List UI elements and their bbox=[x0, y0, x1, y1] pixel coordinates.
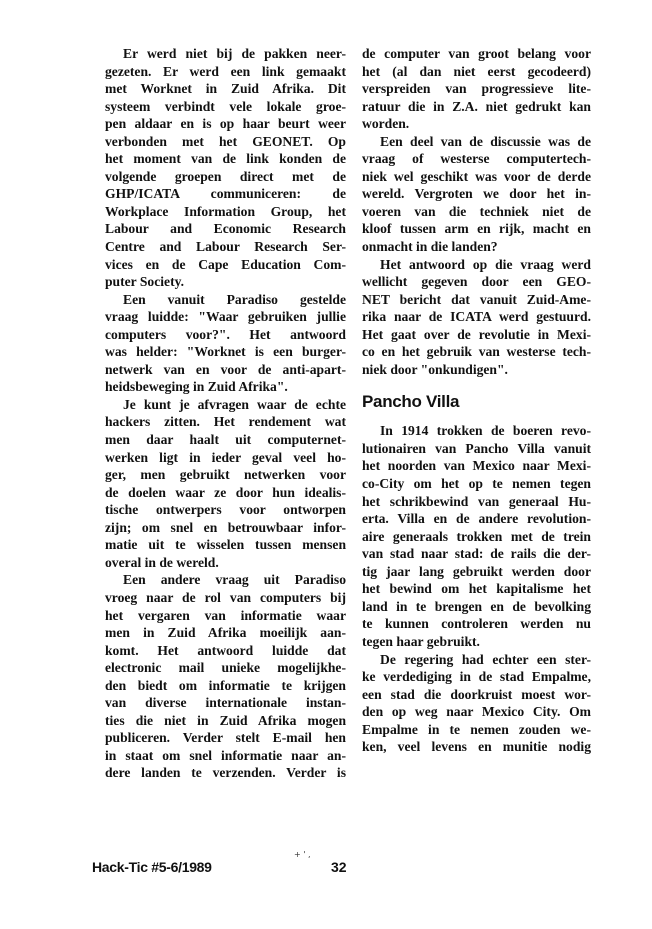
text-line: gezeten. Er werd een link gemaakt bbox=[105, 63, 346, 81]
text-line: zijn; om snel en betrouwbaar infor- bbox=[105, 519, 346, 537]
text-line: was helder: "Worknet is een burger- bbox=[105, 343, 346, 361]
text-line: De regering had echter een ster- bbox=[362, 651, 591, 669]
text-line: aire generaals trokken met de trein bbox=[362, 528, 591, 546]
text-line: het schrikbewind van generaal Hu- bbox=[362, 493, 591, 511]
text-line: matie uit te wisselen tussen mensen bbox=[105, 536, 346, 554]
text-line: werken ligt in ieder geval veel ho- bbox=[105, 449, 346, 467]
text-line: den biedt om informatie te krijgen bbox=[105, 677, 346, 695]
text-line: men daar haalt uit computernet- bbox=[105, 431, 346, 449]
text-line: Centre and Labour Research Ser- bbox=[105, 238, 346, 256]
text-line: de doelen waar ze door hun idealis- bbox=[105, 484, 346, 502]
text-line: dere landen te verzenden. Verder is bbox=[105, 764, 346, 782]
text-line: het moment van de link konden de bbox=[105, 150, 346, 168]
text-line: Labour and Economic Research bbox=[105, 220, 346, 238]
document-page: Er werd niet bij de pakken neer-gezeten.… bbox=[0, 0, 652, 929]
text-line: In 1914 trokken de boeren revo- bbox=[362, 422, 591, 440]
text-line: onmacht in die landen? bbox=[362, 238, 591, 256]
right-column: de computer van groot belang voorhet (al… bbox=[362, 45, 591, 756]
text-line: de computer van groot belang voor bbox=[362, 45, 591, 63]
text-line: co-City om het op te nemen tegen bbox=[362, 475, 591, 493]
text-line: vraag of westerse computertech- bbox=[362, 150, 591, 168]
text-line: lutionairen van Pancho Villa vanuit bbox=[362, 440, 591, 458]
text-line: verbonden met het GEONET. Op bbox=[105, 133, 346, 151]
text-line: tegen haar gebruikt. bbox=[362, 633, 591, 651]
text-line: systeem verbindt vele lokale groe- bbox=[105, 98, 346, 116]
text-line: men in Zuid Afrika moeilijk aan- bbox=[105, 624, 346, 642]
text-line: heidsbeweging in Zuid Afrika". bbox=[105, 378, 346, 396]
text-line: worden. bbox=[362, 115, 591, 133]
text-line: Empalme in te nemen zouden we- bbox=[362, 721, 591, 739]
text-line: het vergaren van informatie waar bbox=[105, 607, 346, 625]
text-line: het (al dan niet eerst gecodeerd) bbox=[362, 63, 591, 81]
text-line: het noorden van Mexico naar Mexi- bbox=[362, 457, 591, 475]
text-line: ties die niet in Zuid Afrika mogen bbox=[105, 712, 346, 730]
text-line: te kunnen controleren werden nu bbox=[362, 615, 591, 633]
text-line: overal in de wereld. bbox=[105, 554, 346, 572]
text-line: Een andere vraag uit Paradiso bbox=[105, 571, 346, 589]
text-line: van stad naar stad: de rails die der- bbox=[362, 545, 591, 563]
text-line: niek wel geschikt was voor de derde bbox=[362, 168, 591, 186]
left-column: Er werd niet bij de pakken neer-gezeten.… bbox=[105, 45, 346, 782]
text-line: hackers zitten. Het rendement wat bbox=[105, 413, 346, 431]
page-number: 32 bbox=[331, 859, 347, 875]
text-line: Workplace Information Group, het bbox=[105, 203, 346, 221]
text-line: ger, men gebruikt netwerken voor bbox=[105, 466, 346, 484]
text-line: pen aldaar en is op haar beurt weer bbox=[105, 115, 346, 133]
right-column-section-text: In 1914 trokken de boeren revo-lutionair… bbox=[362, 422, 591, 755]
text-line: Een vanuit Paradiso gestelde bbox=[105, 291, 346, 309]
text-line: ken, veel levens en munitie nodig bbox=[362, 738, 591, 756]
text-line: met Worknet in Zuid Afrika. Dit bbox=[105, 80, 346, 98]
text-line: komt. Het antwoord luidde dat bbox=[105, 642, 346, 660]
text-line: Een deel van de discussie was de bbox=[362, 133, 591, 151]
text-line: in staat om snel informatie naar an- bbox=[105, 747, 346, 765]
text-line: computers voor?". Het antwoord bbox=[105, 326, 346, 344]
text-line: kloof tussen arm en rijk, macht en bbox=[362, 220, 591, 238]
text-line: vraag luidde: "Waar gebruiken jullie bbox=[105, 308, 346, 326]
text-line: GHP/ICATA communiceren: de bbox=[105, 185, 346, 203]
text-line: van diverse internationale instan- bbox=[105, 694, 346, 712]
text-line: netwerk van en voor de anti-apart- bbox=[105, 361, 346, 379]
text-line: co en het gebruik van westerse tech- bbox=[362, 343, 591, 361]
text-line: wellicht gegeven door een GEO- bbox=[362, 273, 591, 291]
text-line: publiceren. Verder stelt E-mail hen bbox=[105, 729, 346, 747]
section-heading: Pancho Villa bbox=[362, 392, 591, 412]
text-line: tig jaar lang gebruikt werden door bbox=[362, 563, 591, 581]
text-line: Het gaat over de revolutie in Mexi- bbox=[362, 326, 591, 344]
scan-speckle: + ' , bbox=[294, 850, 311, 859]
text-line: een stad die doorkruist moest wor- bbox=[362, 686, 591, 704]
text-line: electronic mail unieke mogelijkhe- bbox=[105, 659, 346, 677]
publication-footer: Hack-Tic #5-6/1989 bbox=[92, 859, 212, 875]
text-line: den op weg naar Mexico City. Om bbox=[362, 703, 591, 721]
text-line: NET bericht dat vanuit Zuid-Ame- bbox=[362, 291, 591, 309]
text-line: puter Society. bbox=[105, 273, 346, 291]
text-line: niek door "onkundigen". bbox=[362, 361, 591, 379]
text-line: verspreiden van progressieve lite- bbox=[362, 80, 591, 98]
text-line: vices en de Cape Education Com- bbox=[105, 256, 346, 274]
text-line: vroeg naar de rol van computers bij bbox=[105, 589, 346, 607]
text-line: voeren van die techniek niet de bbox=[362, 203, 591, 221]
text-line: het bewind om het kapitalisme het bbox=[362, 580, 591, 598]
right-column-intro-text: de computer van groot belang voorhet (al… bbox=[362, 45, 591, 378]
text-line: land in te brengen en de bevolking bbox=[362, 598, 591, 616]
text-line: wereld. Vergroten we door het in- bbox=[362, 185, 591, 203]
text-line: ke verdediging in de stad Empalme, bbox=[362, 668, 591, 686]
text-line: tische ontwerpers voor ontworpen bbox=[105, 501, 346, 519]
text-line: rika naar de ICATA werd gestuurd. bbox=[362, 308, 591, 326]
text-line: Je kunt je afvragen waar de echte bbox=[105, 396, 346, 414]
text-line: Er werd niet bij de pakken neer- bbox=[105, 45, 346, 63]
text-line: ratuur die in Z.A. niet gedrukt kan bbox=[362, 98, 591, 116]
text-line: erta. Villa en de andere revolution- bbox=[362, 510, 591, 528]
text-line: Het antwoord op die vraag werd bbox=[362, 256, 591, 274]
text-line: volgende groepen direct met de bbox=[105, 168, 346, 186]
